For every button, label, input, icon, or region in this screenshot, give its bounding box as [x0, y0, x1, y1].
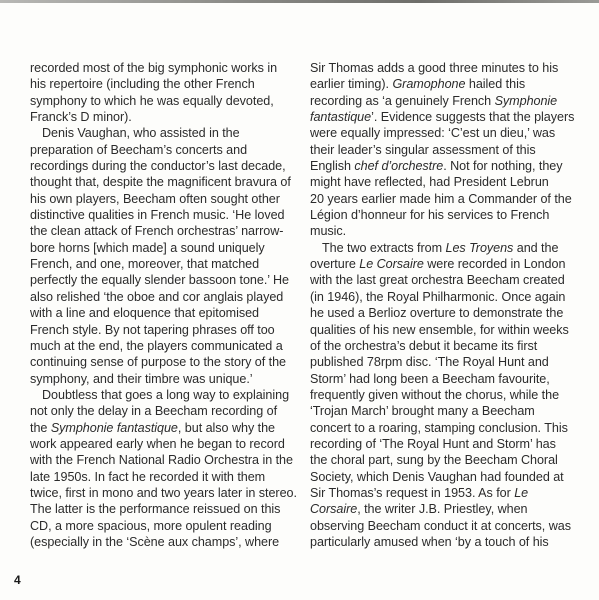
text-line: earlier timing). Gramophone hailed this	[310, 76, 590, 92]
text-line: also relished ‘the oboe and cor anglais …	[30, 289, 305, 305]
text-line: with the French National Radio Orchestra…	[30, 452, 305, 468]
text-line: distinctive qualities in French music. ‘…	[30, 207, 305, 223]
text-line: his repertoire (including the other Fren…	[30, 76, 305, 92]
text-line: late 1950s. In fact he recorded it with …	[30, 469, 305, 485]
text-line: symphony, and their timbre was unique.’	[30, 371, 305, 387]
work-title: Le	[514, 486, 528, 500]
text-line: Sir Thomas’s request in 1953. As for Le	[310, 485, 590, 501]
paragraph-start-line: Doubtless that goes a long way to explai…	[30, 387, 305, 403]
text-line: continuing sense of purpose to the story…	[30, 354, 305, 370]
page-number: 4	[14, 573, 21, 587]
text-line: not only the delay in a Beecham recordin…	[30, 403, 305, 419]
text-line: The latter is the performance reissued o…	[30, 501, 305, 517]
foreign-phrase: chef d’orchestre	[354, 159, 443, 173]
work-title: Les Troyens	[445, 241, 513, 255]
text-line: qualities of his new ensemble, for withi…	[310, 322, 590, 338]
text-line: (in 1946), the Royal Philharmonic. Once …	[310, 289, 590, 305]
text-line: much at the end, the players communicate…	[30, 338, 305, 354]
text-line: concert to a roaring, stamping conclusio…	[310, 420, 590, 436]
right-text-column: Sir Thomas adds a good three minutes to …	[310, 60, 590, 550]
text-line: their leader’s singular assessment of th…	[310, 142, 590, 158]
text-line: CD, a more spacious, more opulent readin…	[30, 518, 305, 534]
text-line: published 78rpm disc. ‘The Royal Hunt an…	[310, 354, 590, 370]
text-line: the Symphonie fantastique, but also why …	[30, 420, 305, 436]
text-line: English chef d’orchestre. Not for nothin…	[310, 158, 590, 174]
work-title: Symphonie	[495, 94, 558, 108]
text-line: (especially in the ‘Scène aux champs’, w…	[30, 534, 305, 550]
text-line: preparation of Beecham’s concerts and	[30, 142, 305, 158]
left-text-column: recorded most of the big symphonic works…	[30, 60, 305, 550]
text-line: 20 years earlier made him a Commander of…	[310, 191, 590, 207]
text-line: overture Le Corsaire were recorded in Lo…	[310, 256, 590, 272]
text-line: recording as ‘a genuinely French Symphon…	[310, 93, 590, 109]
text-line: the clean attack of French orchestras’ n…	[30, 223, 305, 239]
text-line: Corsaire, the writer J.B. Priestley, whe…	[310, 501, 590, 517]
text-line: twice, first in mono and two years later…	[30, 485, 305, 501]
text-line: recorded most of the big symphonic works…	[30, 60, 305, 76]
text-line: of the orchestra’s debut it became its f…	[310, 338, 590, 354]
text-line: thought that, despite the magnificent br…	[30, 174, 305, 190]
text-line: frequently given without the chorus, whi…	[310, 387, 590, 403]
work-title: Symphonie fantastique	[51, 421, 178, 435]
text-line: Sir Thomas adds a good three minutes to …	[310, 60, 590, 76]
text-line: with the last great orchestra Beecham cr…	[310, 272, 590, 288]
publication-title: Gramophone	[392, 77, 465, 91]
text-line: work appeared early when he began to rec…	[30, 436, 305, 452]
text-line: the choral part, sung by the Beecham Cho…	[310, 452, 590, 468]
text-line: fantastique’. Evidence suggests that the…	[310, 109, 590, 125]
text-line: Légion d’honneur for his services to Fre…	[310, 207, 590, 223]
text-line: might have reflected, had President Lebr…	[310, 174, 590, 190]
text-line: his own players, Beecham often sought ot…	[30, 191, 305, 207]
text-line: recording of ‘The Royal Hunt and Storm’ …	[310, 436, 590, 452]
text-line: perfectly the equally slender bassoon to…	[30, 272, 305, 288]
work-title: Corsaire	[310, 502, 357, 516]
text-line: particularly amused when ‘by a touch of …	[310, 534, 590, 550]
text-line: bore horns [which made] a sound uniquely	[30, 240, 305, 256]
text-line: Storm’ had long been a Beecham favourite…	[310, 371, 590, 387]
text-line: French, and one, moreover, that matched	[30, 256, 305, 272]
text-line: Franck’s D minor).	[30, 109, 305, 125]
text-line: observing Beecham conduct it at concerts…	[310, 518, 590, 534]
text-line: recordings during the conductor’s last d…	[30, 158, 305, 174]
text-line: French style. By not tapering phrases of…	[30, 322, 305, 338]
text-line: he used a Berlioz overture to demonstrat…	[310, 305, 590, 321]
work-title: fantastique	[310, 110, 371, 124]
text-line: ‘Trojan March’ brought many a Beecham	[310, 403, 590, 419]
paragraph-start-line: The two extracts from Les Troyens and th…	[310, 240, 590, 256]
text-line: music.	[310, 223, 590, 239]
work-title: Le Corsaire	[359, 257, 424, 271]
paragraph-start-line: Denis Vaughan, who assisted in the	[30, 125, 305, 141]
text-line: Society, which Denis Vaughan had founded…	[310, 469, 590, 485]
text-line: were equally impressed: ‘C’est un dieu,’…	[310, 125, 590, 141]
text-line: with a line and eloquence that epitomise…	[30, 305, 305, 321]
page-top-edge	[0, 0, 599, 3]
text-line: symphony to which he was equally devoted…	[30, 93, 305, 109]
